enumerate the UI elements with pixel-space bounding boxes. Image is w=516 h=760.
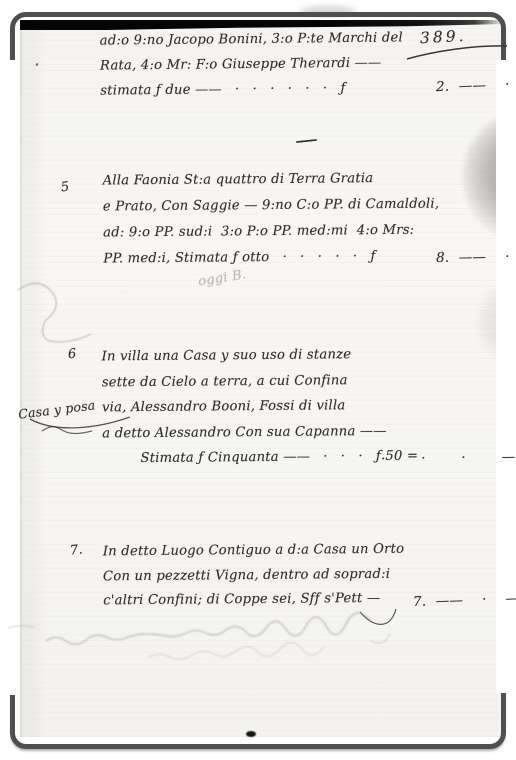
- entry-line: sette da Cielo a terra, a cui Confina: [102, 367, 418, 395]
- entry: In villa una Casa y suo uso di stanze se…: [101, 342, 418, 472]
- entry-line: e Prato, Con Saggie — 9:no C:o PP. di Ca…: [103, 192, 440, 221]
- entry-line: In villa una Casa y suo uso di stanze: [101, 342, 417, 370]
- bottom-ink-blob: [246, 731, 256, 737]
- entry-line: c'altri Confini; di Coppe sei, Sff s'Pet…: [103, 587, 405, 614]
- entry-line: Alla Faonia St:a quattro di Terra Gratia: [103, 166, 440, 195]
- entry-line: Stimata ƒ Cinquanta —— · · · ƒ 50 =: [102, 444, 418, 472]
- manuscript-scan-viewer: 389. ad:o 9:no Jacopo Bonini, 3:o P:te M…: [0, 0, 516, 760]
- frame-gap-left: [6, 60, 20, 695]
- entry: In detto Luogo Contiguo a d:a Casa un Or…: [103, 538, 405, 614]
- entry-line: a detto Alessandro Con sua Capanna ——: [102, 418, 418, 446]
- entry-value: 8. —— · ——: [436, 248, 516, 266]
- entry-line: Con un pezzetti Vigna, dentro ad soprad:…: [103, 562, 405, 589]
- entry-line: via, Alessandro Booni, Fossi di villa: [102, 393, 418, 421]
- entry-line: In detto Luogo Contiguo a d:a Casa un Or…: [103, 538, 405, 565]
- entry: Alla Faonia St:a quattro di Terra Gratia…: [103, 166, 440, 273]
- page-number: 389.: [420, 27, 467, 47]
- entry-line: ad:o 9:no Jacopo Bonini, 3:o P:te Marchi…: [100, 25, 403, 53]
- entry-number: 6: [67, 347, 77, 363]
- entry-line: stimata ƒ due —— · · · · · · ƒ: [100, 75, 403, 103]
- entry-line: ad: 9:o PP. sud:i 3:o P:o PP. med:mi 4:o…: [103, 218, 440, 247]
- top-smudge: [300, 6, 356, 16]
- entry: ad:o 9:no Jacopo Bonini, 3:o P:te Marchi…: [100, 25, 404, 103]
- entry-line: Rata, 4:o Mr: F:o Giuseppe Therardi ——: [100, 50, 403, 78]
- entry-number: 7.: [69, 542, 83, 558]
- entry-line: PP. med:i, Stimata ƒ otto · · · · · ƒ: [103, 244, 440, 273]
- entry-value: 2. —— · ——: [436, 75, 516, 95]
